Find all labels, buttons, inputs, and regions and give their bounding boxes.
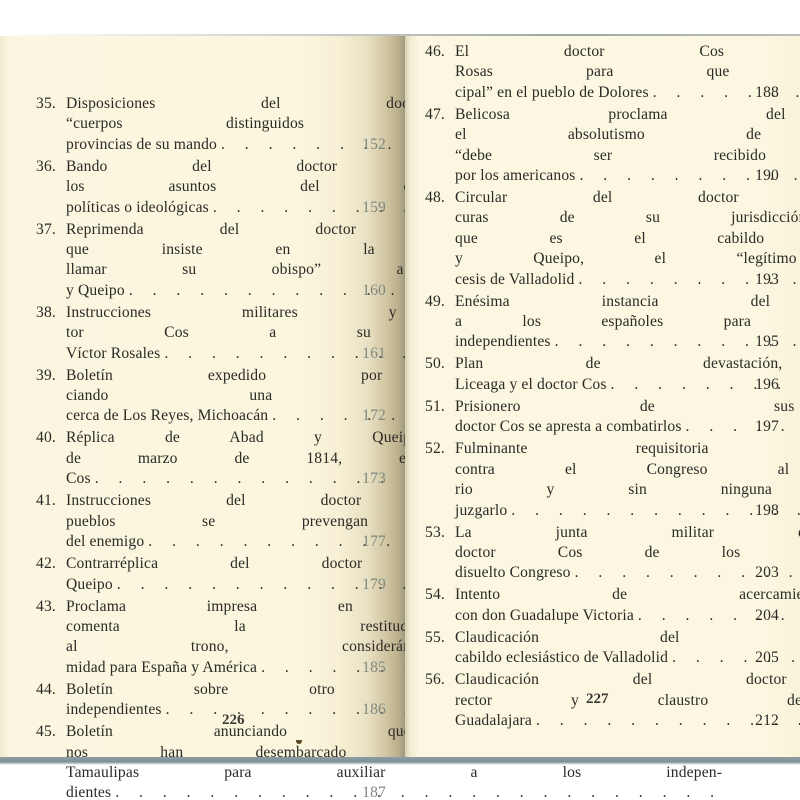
toc-entry: 41. Instrucciones del doctor Cos para qu… [36,491,376,552]
entry-title-line: que es el cabildo eclesiástico, y no Aba… [455,229,800,249]
entry-page-ref: 203 [745,563,779,583]
entry-page-ref: 173 [352,469,386,489]
entry-number: 52. [425,439,455,521]
dot-leader: . . . . . . . . . . . . . . . . . . . . … [111,783,722,800]
entry-title-line: doctor Cos de los cargos que le hiciere … [455,543,800,563]
entry-title-last-line: cipal” en el pueblo de Dolores [455,83,649,103]
entry-title-last-line: juzgarlo [455,501,507,521]
entry-number: 42. [36,554,66,595]
entry-page-ref: 193 [745,270,779,290]
right-page: 46. El doctor Cos comisiona a don Fernan… [405,36,800,762]
entry-number: 53. [425,523,455,584]
entry-title-last-line: cerca de Los Reyes, Michoacán [66,406,268,426]
left-page: 35. Disposiciones del doctor Cos para cr… [0,36,405,759]
entry-title-line: rector y claustro de la Universidad de [455,691,800,711]
toc-entry: 38. Instrucciones militares y políticas … [36,303,376,364]
entry-page-ref: 159 [352,198,386,218]
entry-page-ref: 186 [352,700,386,720]
entry-title-last-line: cesis de Valladolid [455,270,575,290]
toc-entry: 35. Disposiciones del doctor Cos para cr… [36,94,376,155]
entry-title-line: Circular del doctor Cos, dirigida a los [455,188,800,208]
toc-entries-left: 35. Disposiciones del doctor Cos para cr… [36,94,376,800]
entry-number: 43. [36,597,66,679]
toc-entry: 44. Boletín sobre otro triunfo de las ar… [36,680,376,721]
entry-title-line: Claudicación del doctor Cos. Carta al [455,628,800,648]
entry-number: 54. [425,585,455,626]
entry-title-line: El doctor Cos comisiona a don Fernando [455,42,800,62]
entry-title-line: Tamaulipas para auxiliar a los indepen- [66,763,722,783]
entry-title-line: Belicosa proclama del doctor Cos contra [455,105,800,125]
entry-title-last-line: doctor Cos se apresta a combatirlos [455,417,682,437]
entry-page-ref: 212 [745,711,779,731]
entry-page-ref: 204 [745,606,779,626]
entry-title-line: contra el Congreso al que considera espu… [455,460,800,480]
entry-title-line: Enésima instancia del doctor Cos dirigid… [455,292,800,312]
entry-title-last-line: Liceaga y el doctor Cos [455,375,607,395]
entry-page-ref: 187 [352,783,386,800]
entry-title-last-line: independientes [455,332,551,352]
entry-number: 41. [36,491,66,552]
entry-number: 47. [425,105,455,187]
entry-title-line: “debe ser recibido con bandera negra” [455,146,800,166]
entry-number: 51. [425,397,455,438]
entry-page-ref: 197 [745,417,779,437]
entry-page-ref: 160 [352,281,386,301]
entry-title-last-line: independientes [66,700,162,720]
toc-entry: 52. Fulminante requisitoria del doctor C… [425,439,773,521]
entry-number: 40. [36,428,66,489]
toc-entry: 36. Bando del doctor Cos, prohibiendo qu… [36,157,376,218]
toc-entry: 55. Claudicación del doctor Cos. Carta a… [425,628,773,669]
toc-entry: 47. Belicosa proclama del doctor Cos con… [425,105,773,187]
entry-number: 38. [36,303,66,364]
entry-title-last-line: midad para España y América [66,658,257,678]
entry-number: 55. [425,628,455,669]
entry-title-last-line: disuelto Congreso [455,563,571,583]
entry-title-last-line: con don Guadalupe Victoria [455,606,634,626]
entry-page-ref: 205 [745,648,779,668]
entry-title-last-line: provincias de su mando [66,135,217,155]
toc-entry: 42. Contrarréplica del doctor Cos a Abad… [36,554,376,595]
entry-title-last-line: políticas o ideológicas [66,198,209,218]
entry-title-line: rio y sin ninguna autoridad moral para [455,480,800,500]
entry-number: 44. [36,680,66,721]
toc-entry: 48. Circular del doctor Cos, dirigida a … [425,188,773,290]
toc-entries-right: 46. El doctor Cos comisiona a don Fernan… [425,42,773,733]
entry-title-line: Claudicación del doctor Cos. Carta al [455,670,800,690]
dot-leader: . . . . . . . . . . . . . . . . . . . . … [668,648,800,668]
entry-title-last-line: cabildo eclesiástico de Valladolid [455,648,668,668]
entry-title-line: Prisionero de sus propios compañeros, el [455,397,800,417]
entry-number: 49. [425,292,455,353]
dot-leader: . . . . . . . . . . . . . . . . . . . . … [682,417,800,437]
toc-entry: 50. Plan de devastación, suscrito por Mo… [425,354,773,395]
page-number-226: 226 [222,712,245,729]
toc-entry: 40. Réplica de Abad y Queipo al bando de… [36,428,376,489]
entry-number: 36. [36,157,66,218]
page-number-227: 227 [586,691,609,708]
book-bottom-edge [0,757,800,765]
entry-page-ref: 188 [745,83,779,103]
entry-number: 35. [36,94,66,155]
toc-entry: 54. Intento de acercamiento del doctor C… [425,585,773,626]
entry-title-last-line: dientes [66,783,111,800]
entry-number: 46. [425,42,455,103]
entry-title-line: Intento de acercamiento del doctor Cos [455,585,800,605]
toc-entry: 51. Prisionero de sus propios compañeros… [425,397,773,438]
entry-title-line: curas de su jurisdicción, en la que reit… [455,208,800,228]
toc-entry: 46. El doctor Cos comisiona a don Fernan… [425,42,773,103]
entry-page-ref: 190 [745,166,779,186]
entry-title-line: a los españoles para que se unan con los [455,312,800,332]
entry-title-line: el absolutismo de Fernando VII, quien [455,125,800,145]
toc-entry: 49. Enésima instancia del doctor Cos dir… [425,292,773,353]
entry-number: 37. [36,220,66,302]
entry-page-ref: 172 [352,406,386,426]
entry-page-ref: 161 [352,344,386,364]
entry-title-line: Plan de devastación, suscrito por Morelo… [455,354,800,374]
entry-page-ref: 179 [352,575,386,595]
entry-title-last-line: Queipo [66,575,113,595]
entry-title-line: La junta militar de Uruapan exonera al [455,523,800,543]
entry-title-line: Fulminante requisitoria del doctor Cos [455,439,800,459]
entry-title-last-line: del enemigo [66,532,144,552]
entry-title-last-line: por los americanos [455,166,575,186]
toc-entry: 43. Proclama impresa en la que el doctor… [36,597,376,679]
entry-page-ref: 152 [352,135,386,155]
entry-title-last-line: y Queipo [66,281,125,301]
entry-title-last-line: Guadalajara [455,711,532,731]
entry-number: 39. [36,366,66,427]
entry-page-ref: 195 [745,332,779,352]
entry-number: 48. [425,188,455,290]
toc-entry: 39. Boletín expedido por el doctor Cos, … [36,366,376,427]
entry-title-last-line: Cos [66,469,91,489]
entry-page-ref: 177 [352,532,386,552]
entry-title-line: y Queipo, el “legítimo prelado” de la di… [455,249,800,269]
entry-page-ref: 196 [745,375,779,395]
entry-title-line: Rosas para que instale una “tesorería pr… [455,62,800,82]
toc-entry: 37. Reprimenda del doctor Cos a un curaq… [36,220,376,302]
entry-number: 56. [425,670,455,731]
toc-entry: 53. La junta militar de Uruapan exonera … [425,523,773,584]
entry-title-last-line: Víctor Rosales [66,344,160,364]
entry-page-ref: 198 [745,501,779,521]
entry-page-ref: 185 [352,658,386,678]
entry-number: 50. [425,354,455,395]
